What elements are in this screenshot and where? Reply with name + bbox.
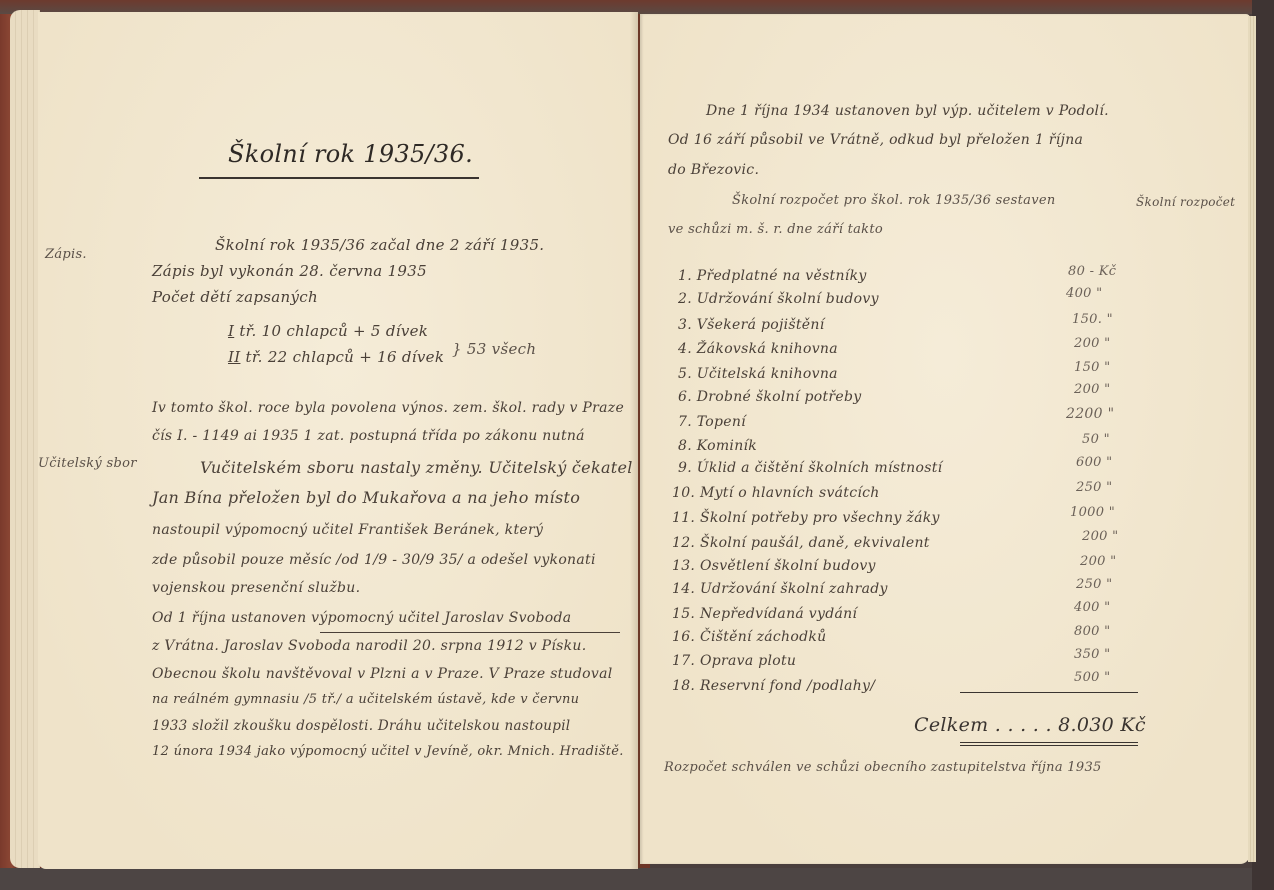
paragraph-line: 12 února 1934 jako výpomocný učitel v Je… <box>152 744 624 759</box>
budget-item: 11. Školní potřeby pro všechny žáky <box>672 510 940 526</box>
item-amount: 400 " <box>1066 286 1102 301</box>
budget-total: Celkem . . . . . 8.030 Kč <box>914 714 1146 736</box>
budget-item: 1. Předplatné na věstníky <box>678 268 867 284</box>
item-amount: 500 " <box>1074 670 1110 685</box>
margin-note-staff: Učitelský sbor <box>38 456 137 471</box>
paragraph-line: Jan Bína přeložen byl do Mukařova a na j… <box>152 488 580 507</box>
paragraph-line: Vučitelském sboru nastaly změny. Učitels… <box>200 458 633 477</box>
budget-item: 13. Osvětlení školní budovy <box>672 558 876 574</box>
item-number: 8. <box>678 438 692 454</box>
budget-item: 12. Školní paušál, daně, ekvivalent <box>672 535 930 551</box>
item-number: 18. <box>672 678 695 694</box>
enrollment-line: Zápis byl vykonán 28. června 1935 <box>152 262 427 280</box>
item-amount: 200 " <box>1082 529 1118 544</box>
item-number: 5. <box>678 366 692 382</box>
item-number: 16. <box>672 629 695 645</box>
item-label: Drobné školní potřeby <box>697 389 862 405</box>
item-label: Úklid a čištění školních místností <box>697 460 943 476</box>
grades-total: } 53 všech <box>452 340 536 358</box>
item-label: Udržování školní budovy <box>697 291 879 307</box>
item-label: Udržování školní zahrady <box>700 581 888 597</box>
approval-note: Rozpočet schválen ve schůzi obecního zas… <box>664 760 1102 775</box>
paragraph-line: z Vrátna. Jaroslav Svoboda narodil 20. s… <box>152 638 586 654</box>
paragraph-line: 1933 složil zkoušku dospělosti. Dráhu uč… <box>152 718 570 734</box>
item-amount: 50 " <box>1082 432 1110 447</box>
item-label: Nepředvídaná vydání <box>700 606 857 622</box>
item-label: Učitelská knihovna <box>697 366 838 382</box>
intro-line: do Březovic. <box>668 162 759 178</box>
grade-text: tř. 22 chlapců + 16 dívek <box>246 348 445 366</box>
item-label: Školní paušál, daně, ekvivalent <box>700 535 930 551</box>
budget-item: 10. Mytí o hlavních svátcích <box>672 485 880 501</box>
budget-item: 14. Udržování školní zahrady <box>672 581 888 597</box>
item-amount: 800 " <box>1074 624 1110 639</box>
item-number: 1. <box>678 268 692 284</box>
page-stack-right <box>1248 16 1256 862</box>
item-number: 13. <box>672 558 695 574</box>
intro-line: Dne 1 října 1934 ustanoven byl výp. učit… <box>706 103 1109 119</box>
paragraph-line: čís I. - 1149 ai 1935 1 zat. postupná tř… <box>152 428 585 444</box>
budget-item: 8. Kominík <box>678 438 757 454</box>
budget-item: 4. Žákovská knihovna <box>678 341 838 357</box>
item-amount: 80 - Kč <box>1068 264 1116 279</box>
item-amount: 350 " <box>1074 647 1110 662</box>
item-number: 14. <box>672 581 695 597</box>
total-underline <box>960 742 1138 743</box>
budget-item: 9. Úklid a čištění školních místností <box>678 460 942 476</box>
item-number: 7. <box>678 414 692 430</box>
name-underline <box>320 632 620 633</box>
item-label: Osvětlení školní budovy <box>700 558 876 574</box>
item-number: 2. <box>678 291 692 307</box>
paragraph-line: na reálném gymnasiu /5 tř./ a učitelském… <box>152 692 579 707</box>
budget-item: 17. Oprava plotu <box>672 653 796 669</box>
item-amount: 250 " <box>1076 577 1112 592</box>
item-amount: 600 " <box>1076 455 1112 470</box>
item-amount: 400 " <box>1074 600 1110 615</box>
grade-number: I <box>228 322 234 340</box>
item-amount: 200 " <box>1080 554 1116 569</box>
budget-item: 7. Topení <box>678 414 746 430</box>
margin-note-enrollment: Zápis. <box>45 247 87 262</box>
intro-line: Od 16 září působil ve Vrátně, odkud byl … <box>668 132 1083 148</box>
paragraph-line: Od 1 října ustanoven výpomocný učitel Ja… <box>152 610 571 626</box>
budget-intro-line: Školní rozpočet pro škol. rok 1935/36 se… <box>732 193 1056 208</box>
item-number: 10. <box>672 485 695 501</box>
item-number: 3. <box>678 317 692 333</box>
sum-rule <box>960 692 1138 693</box>
paragraph-line: Iv tomto škol. roce byla povolena výnos.… <box>152 400 624 416</box>
item-amount: 150 " <box>1074 360 1110 375</box>
item-amount: 1000 " <box>1070 505 1115 520</box>
budget-item: 16. Čištění záchodků <box>672 629 826 645</box>
item-label: Mytí o hlavních svátcích <box>700 485 880 501</box>
item-amount: 200 " <box>1074 336 1110 351</box>
paragraph-line: Obecnou školu navštěvoval v Plzni a v Pr… <box>152 666 613 682</box>
grade-number: II <box>228 348 240 366</box>
paragraph-line: nastoupil výpomocný učitel František Ber… <box>152 522 543 538</box>
item-number: 4. <box>678 341 692 357</box>
item-amount: 200 " <box>1074 382 1110 397</box>
grade-row: I tř. 10 chlapců + 5 dívek <box>228 322 428 340</box>
item-number: 12. <box>672 535 695 551</box>
item-label: Předplatné na věstníky <box>697 268 867 284</box>
grade-text: tř. 10 chlapců + 5 dívek <box>239 322 428 340</box>
budget-item: 2. Udržování školní budovy <box>678 291 879 307</box>
item-number: 6. <box>678 389 692 405</box>
margin-note-budget: Školní rozpočet <box>1136 195 1235 209</box>
item-number: 17. <box>672 653 695 669</box>
budget-item: 5. Učitelská knihovna <box>678 366 838 382</box>
paragraph-line: vojenskou presenční službu. <box>152 580 360 596</box>
item-number: 9. <box>678 460 692 476</box>
grade-row: II tř. 22 chlapců + 16 dívek <box>228 348 444 366</box>
title-underline <box>199 177 479 179</box>
item-label: Čištění záchodků <box>700 629 827 645</box>
item-label: Oprava plotu <box>700 653 796 669</box>
budget-item: 6. Drobné školní potřeby <box>678 389 861 405</box>
total-double-underline <box>960 745 1138 746</box>
item-label: Školní potřeby pro všechny žáky <box>700 510 940 526</box>
page-stack-left <box>10 10 40 868</box>
book-cover-bottom <box>0 868 1274 890</box>
item-number: 15. <box>672 606 695 622</box>
budget-item: 15. Nepředvídaná vydání <box>672 606 857 622</box>
item-amount: 150. " <box>1072 312 1113 327</box>
item-number: 11. <box>672 510 695 526</box>
budget-item: 18. Reservní fond /podlahy/ <box>672 678 875 694</box>
item-label: Topení <box>697 414 746 430</box>
item-amount: 2200 " <box>1066 406 1114 422</box>
budget-intro-line: ve schůzi m. š. r. dne září takto <box>668 222 883 237</box>
item-label: Všekerá pojištění <box>697 317 825 333</box>
item-label: Kominík <box>697 438 757 454</box>
item-amount: 250 " <box>1076 480 1112 495</box>
enrollment-line: Školní rok 1935/36 začal dne 2 září 1935… <box>215 236 544 254</box>
budget-item: 3. Všekerá pojištění <box>678 317 824 333</box>
item-label: Reservní fond /podlahy/ <box>700 678 875 694</box>
item-label: Žákovská knihovna <box>697 341 838 357</box>
page-title: Školní rok 1935/36. <box>228 140 473 168</box>
paragraph-line: zde působil pouze měsíc /od 1/9 - 30/9 3… <box>152 552 596 568</box>
enrollment-line: Počet dětí zapsaných <box>152 288 318 306</box>
